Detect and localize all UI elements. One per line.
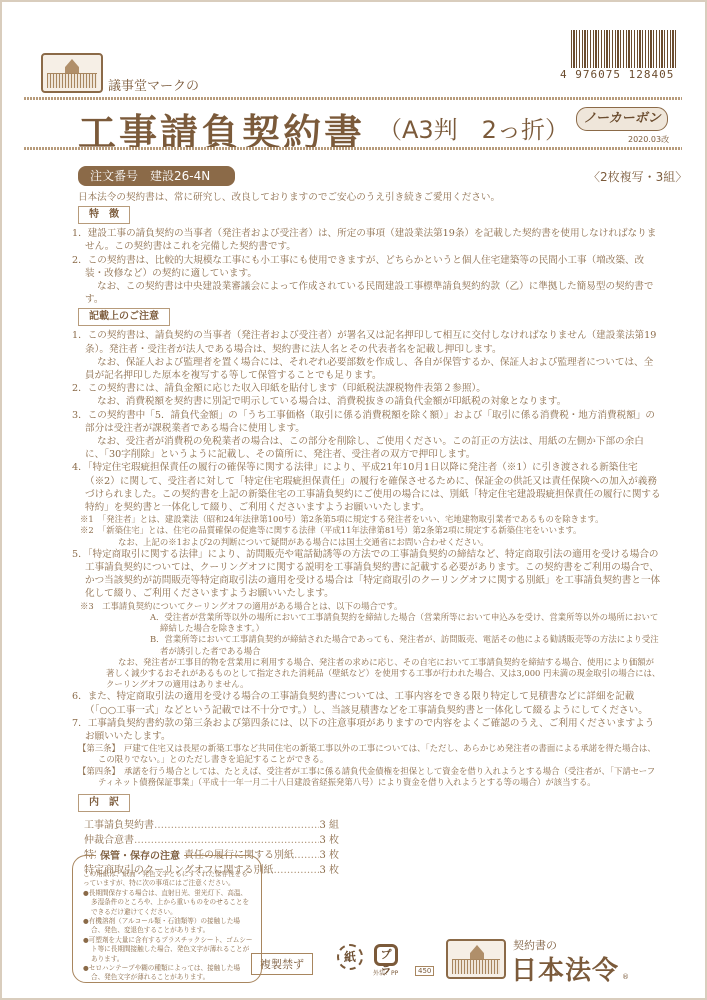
section-heading-contents: 内 訳 xyxy=(78,794,130,812)
revision-date: 2020.03改 xyxy=(628,134,669,145)
caution-item: 1．この契約書は、請負契約の当事者（発注者および受注者）が署名又は記名押印して相… xyxy=(72,329,662,355)
section-heading-features: 特 徴 xyxy=(78,206,130,224)
caution-item: 4．「特定住宅瑕疵担保責任の履行の確保等に関する法律」により、平成21年10月1… xyxy=(72,461,662,514)
registered-mark: ® xyxy=(622,973,629,981)
caution-item: 6．また、特定商取引法の適用を受ける場合の工事請負契約書については、工事内容をで… xyxy=(72,690,662,716)
storage-bullet: ●可塑剤を大量に含有するプラスチックシート、ゴムシート等に長期間接触した場合、発… xyxy=(83,936,253,964)
barcode xyxy=(571,30,677,68)
feature-item: 1．建設工事の請負契約の当事者（発注者および受注者）は、所定の事項（建設業法第1… xyxy=(72,227,662,253)
list-item: 工事請負契約書3 組 xyxy=(84,818,339,833)
no-carbon-badge: ノーカーボン xyxy=(576,107,668,131)
paper-recycle-icon: 紙 xyxy=(337,944,363,970)
storage-notice-title: 保管・保存の注意 xyxy=(96,847,184,862)
feature-note: なお、この契約書は中央建設業審議会によって作成されている民間建設工事標準請負契約… xyxy=(72,280,662,306)
article-note: 【第四条】 承諾を行う場合としては、たとえば、受注者が工事に係る請負代金債権を担… xyxy=(72,766,662,788)
section-heading-cautions: 記載上のご注意 xyxy=(78,308,170,326)
article-note: 【第三条】 戸建て住宅又は長屋の新築工事など共同住宅の新築工事以外の工事について… xyxy=(72,743,662,765)
footnote-sub: A．受注者が営業所等以外の場所において工事請負契約を締結した場合（営業所等におい… xyxy=(72,612,662,634)
diet-building-logo xyxy=(41,53,103,93)
list-item: 仲裁合意書3 枚 xyxy=(84,833,339,848)
intro-text: 日本法令の契約書は、常に研究し、改良しておりますのでご安心のうえ引き続きご愛用く… xyxy=(72,191,662,204)
caution-item: 7．工事請負契約書約款の第三条および第四条には、以下の注意事項がありますので内容… xyxy=(72,717,662,743)
storage-bullet: ●長期間保存する場合は、直射日光、蛍光灯下、高温、多湿条件のところや、上から重い… xyxy=(83,889,253,917)
no-copy-label: 複製禁ず xyxy=(251,953,313,975)
storage-bullet: ●有機溶剤（アルコール類・石油類等）の接触した場合、発色、変退色することがありま… xyxy=(83,917,253,936)
plastic-recycle-icon: プラ xyxy=(374,944,398,966)
document-body: 日本法令の契約書は、常に研究し、改良しておりますのでご安心のうえ引き続きご愛用く… xyxy=(72,191,662,878)
footnote: ※2 「新築住宅」とは、住宅の品質確保の促進等に関する法律（平成11年法律第81… xyxy=(72,525,662,536)
footnote: なお、上記の※1および2の判断について疑問がある場合には国土交通省にお問い合わせ… xyxy=(72,537,662,548)
price-code: 450 xyxy=(415,966,434,976)
plastic-material-label: 外装：PP xyxy=(373,968,398,977)
title-suffix: （A3判 2っ折） xyxy=(378,110,569,145)
caution-note: なお、消費税額を契約書に別記で明示している場合は、消費税抜きの請負代金額が印紙税… xyxy=(72,395,662,408)
footnote: ※3 工事請負契約についてクーリングオフの適用がある場合とは、以下の場合です。 xyxy=(72,601,662,612)
footnote: ※1 「発注者」とは、建設業法（昭和24年法律第100号）第2条第5項に規定する… xyxy=(72,514,662,525)
caution-item: 5．「特定商取引に関する法律」により、訪問販売や電話勧誘等の方法での工事請負契約… xyxy=(72,548,662,601)
storage-notice-box: この用紙は、紙面・発色文字ともにすぐれた保存性をもっていますが、特に次の事項には… xyxy=(72,855,262,983)
copies-info: 〈2枚複写・3組〉 xyxy=(588,168,687,185)
caution-note: なお、保証人および監理者を置く場合には、それぞれ必要部数を作成し、各自が保管する… xyxy=(72,356,662,382)
barcode-number: 4 976075 128405 xyxy=(560,68,674,81)
caution-item: 3．この契約書中「5．請負代金額」の「うち工事価格（取引に係る消費税額を除く額）… xyxy=(72,409,662,435)
divider-top xyxy=(24,97,682,100)
building-icon xyxy=(47,73,97,88)
footnote-sub: B．営業所等において工事請負契約が締結された場合であっても、発注者が、訪問販売、… xyxy=(72,634,662,656)
divider-bottom xyxy=(24,147,682,150)
caution-note: なお、受注者が消費税の免税業者の場合は、この部分を削除し、ご使用ください。この訂… xyxy=(72,435,662,461)
caution-item: 2．この契約書には、請負金額に応じた収入印紙を貼付します（印紙税法課税物件表第２… xyxy=(72,382,662,395)
header-subtitle: 議事堂マークの xyxy=(108,75,199,94)
order-number-badge: 注文番号 建設26-4N xyxy=(78,166,235,186)
brand-logo-icon xyxy=(446,939,506,979)
brand-name: 日本法令 xyxy=(511,950,619,987)
footnote: なお、発注者が工事目的物を営業用に利用する場合、発注者の求めに応じ、その自宅にお… xyxy=(72,657,662,691)
feature-item: 2．この契約書は、比較的大規模な工事にも小工事にも使用できますが、どちらかという… xyxy=(72,254,662,280)
storage-bullet: ●セロハンテープや糊の種類によっては、接触した場合、発色文字が薄れることがありま… xyxy=(83,964,253,983)
